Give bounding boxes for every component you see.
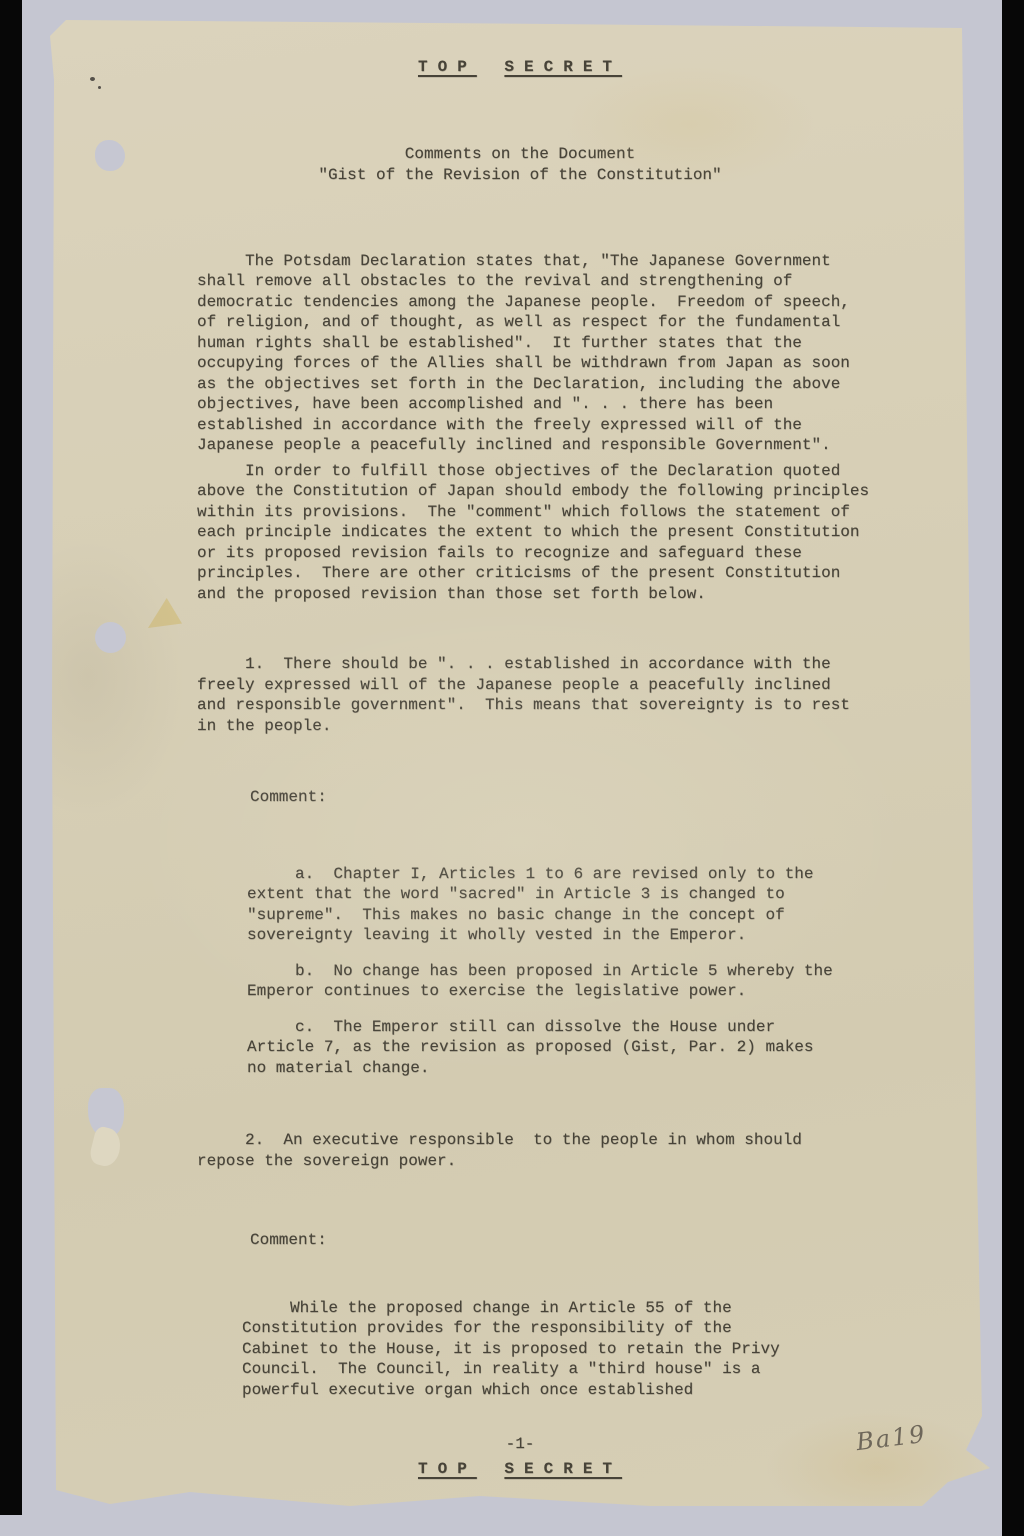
classification-word: TOP (418, 1460, 477, 1478)
scanned-page: TOP SECRET Comments on the Document "Gis… (0, 0, 1024, 1536)
paragraph-principles: In order to fulfill those objectives of … (197, 461, 899, 605)
page-number: -1- (50, 1434, 990, 1455)
classification-header: TOP SECRET (50, 20, 990, 78)
title-line-2: "Gist of the Revision of the Constitutio… (50, 165, 990, 186)
page-footer: -1- TOP SECRET (50, 1434, 990, 1479)
title-line-1: Comments on the Document (50, 144, 990, 165)
comment-label-2: Comment: (250, 1230, 899, 1251)
comment-item-a: a. Chapter I, Articles 1 to 6 are revise… (247, 864, 857, 946)
comment-label-1: Comment: (250, 787, 899, 808)
handwritten-note: Ba19 (855, 1424, 927, 1453)
document-body: The Potsdam Declaration states that, "Th… (197, 251, 899, 1401)
paragraph-potsdam: The Potsdam Declaration states that, "Th… (197, 251, 899, 456)
scan-edge-left (0, 0, 22, 1515)
punch-hole-middle (95, 622, 126, 653)
punch-hole-top (95, 140, 125, 171)
numbered-item-1: 1. There should be ". . . established in… (197, 654, 899, 736)
tape-stain (148, 598, 182, 628)
classification-word: SECRET (504, 1460, 622, 1478)
numbered-item-2: 2. An executive responsible to the peopl… (197, 1130, 899, 1171)
ink-speck (90, 77, 95, 81)
classification-word: TOP (418, 58, 477, 76)
scan-edge-right (1002, 0, 1024, 1536)
classification-word: SECRET (504, 58, 622, 76)
comment-item-b: b. No change has been proposed in Articl… (247, 961, 867, 1002)
document-title: Comments on the Document "Gist of the Re… (50, 144, 990, 186)
paragraph-privy-council: While the proposed change in Article 55 … (242, 1298, 802, 1401)
classification-footer: TOP SECRET (50, 1459, 990, 1480)
comment-item-c: c. The Emperor still can dissolve the Ho… (247, 1017, 867, 1079)
document-page: TOP SECRET Comments on the Document "Gis… (50, 20, 990, 1512)
ink-speck (98, 86, 101, 89)
